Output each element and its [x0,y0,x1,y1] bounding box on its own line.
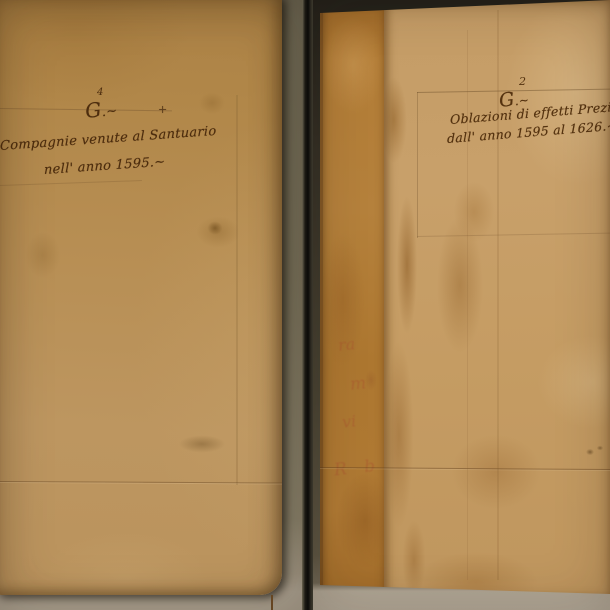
right-leather-spine [320,0,389,600]
spine-ghost-text-1: ra [337,334,356,355]
left-page-edge [271,595,273,610]
photo-seam [302,0,313,610]
right-photo: ra m vi R b G.~ 2 Oblazioni di effetti P… [313,0,610,610]
left-photo: G.~ 4 + Compagnie venute al Santuario ne… [0,0,303,610]
right-label-rule-left [417,92,418,238]
archival-photo-composite: G.~ 4 + Compagnie venute al Santuario ne… [0,0,610,610]
left-shelfmark-letter: G [84,97,103,123]
spine-ghost-text-3: vi [341,411,357,431]
right-shelfmark-number: 2 [519,75,526,88]
left-shelfmark-number: 4 [97,87,103,98]
spine-ghost-text-2: m [349,373,367,395]
left-shelfmark: G.~ [84,96,118,123]
left-vertical-fold [236,95,238,485]
left-registration-mark: + [158,103,168,116]
left-parchment-cover [0,0,282,595]
left-shelfmark-flourish: .~ [101,104,118,121]
